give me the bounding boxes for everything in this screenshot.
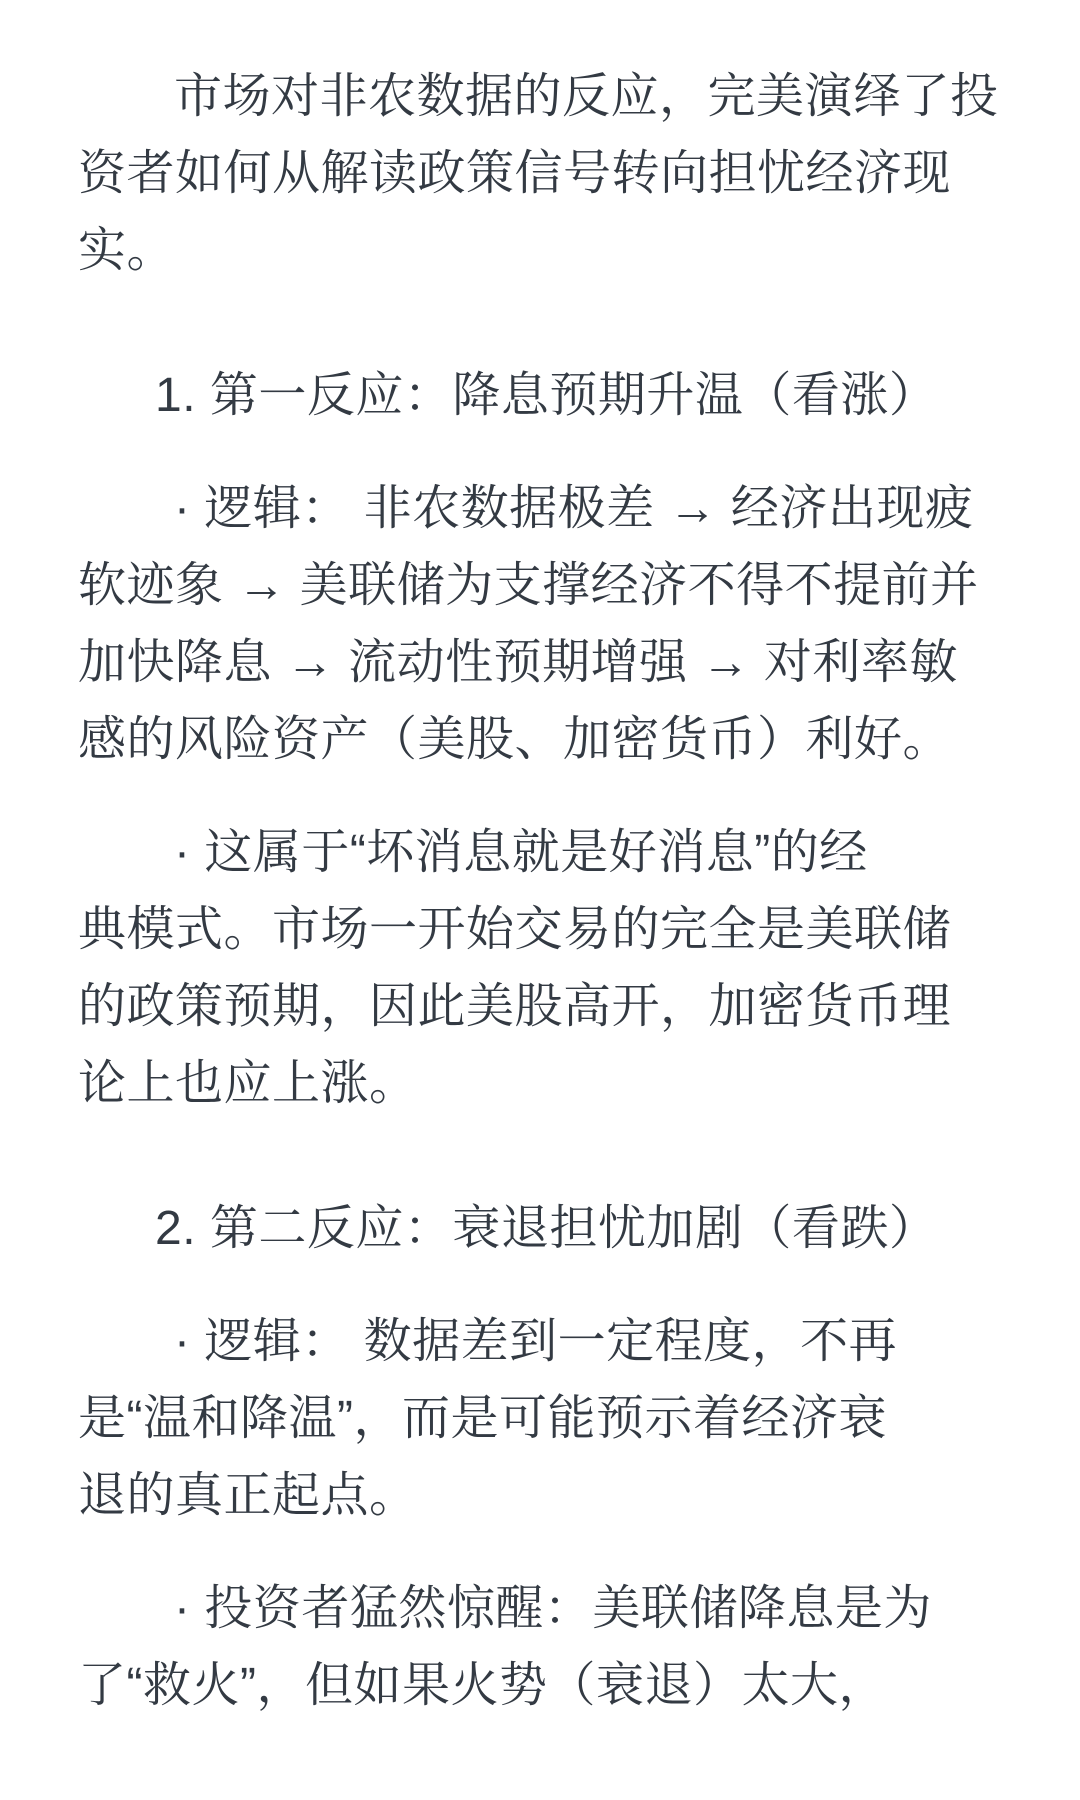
bullet-line: · 逻辑： 非农数据极差 → 经济出现疲: [78, 470, 1002, 547]
text-line: 软迹象 → 美联储为支撑经济不得不提前并: [78, 547, 1002, 624]
text-line: 加快降息 → 流动性预期增强 → 对利率敏: [78, 624, 1002, 701]
text-line: 实。: [78, 212, 1002, 289]
heading-line: 2. 第二反应：衰退担忧加剧（看跌）: [78, 1190, 1002, 1267]
text-line: 退的真正起点。: [78, 1457, 1002, 1534]
text-line: 是“温和降温”，而是可能预示着经济衰: [78, 1380, 1002, 1457]
text-line: 感的风险资产（美股、加密货币）利好。: [78, 701, 1002, 778]
bullet-paragraph-logic-1: · 逻辑： 非农数据极差 → 经济出现疲 软迹象 → 美联储为支撑经济不得不提前…: [78, 470, 1002, 778]
bullet-line: · 投资者猛然惊醒：美联储降息是为: [78, 1570, 1002, 1647]
intro-paragraph: 市场对非农数据的反应，完美演绎了投 资者如何从解读政策信号转向担忧经济现 实。: [78, 58, 1002, 289]
text-line: 的政策预期，因此美股高开，加密货币理: [78, 968, 1002, 1045]
bullet-paragraph-logic-2: · 逻辑： 数据差到一定程度，不再 是“温和降温”，而是可能预示着经济衰 退的真…: [78, 1303, 1002, 1534]
section-heading-second-reaction: 2. 第二反应：衰退担忧加剧（看跌）: [78, 1190, 1002, 1267]
text-line: 市场对非农数据的反应，完美演绎了投: [78, 58, 1002, 135]
text-line: 资者如何从解读政策信号转向担忧经济现: [78, 135, 1002, 212]
bullet-line: · 这属于“坏消息就是好消息”的经: [78, 814, 1002, 891]
heading-line: 1. 第一反应：降息预期升温（看涨）: [78, 357, 1002, 434]
text-line: 了“救火”，但如果火势（衰退）太大，: [78, 1647, 1002, 1724]
bullet-paragraph-pattern: · 这属于“坏消息就是好消息”的经 典模式。市场一开始交易的完全是美联储 的政策…: [78, 814, 1002, 1122]
bullet-paragraph-investors-awake: · 投资者猛然惊醒：美联储降息是为 了“救火”，但如果火势（衰退）太大，: [78, 1570, 1002, 1724]
article-page: 市场对非农数据的反应，完美演绎了投 资者如何从解读政策信号转向担忧经济现 实。 …: [0, 0, 1080, 1800]
bullet-line: · 逻辑： 数据差到一定程度，不再: [78, 1303, 1002, 1380]
text-line: 论上也应上涨。: [78, 1045, 1002, 1122]
text-line: 典模式。市场一开始交易的完全是美联储: [78, 891, 1002, 968]
section-heading-first-reaction: 1. 第一反应：降息预期升温（看涨）: [78, 357, 1002, 434]
